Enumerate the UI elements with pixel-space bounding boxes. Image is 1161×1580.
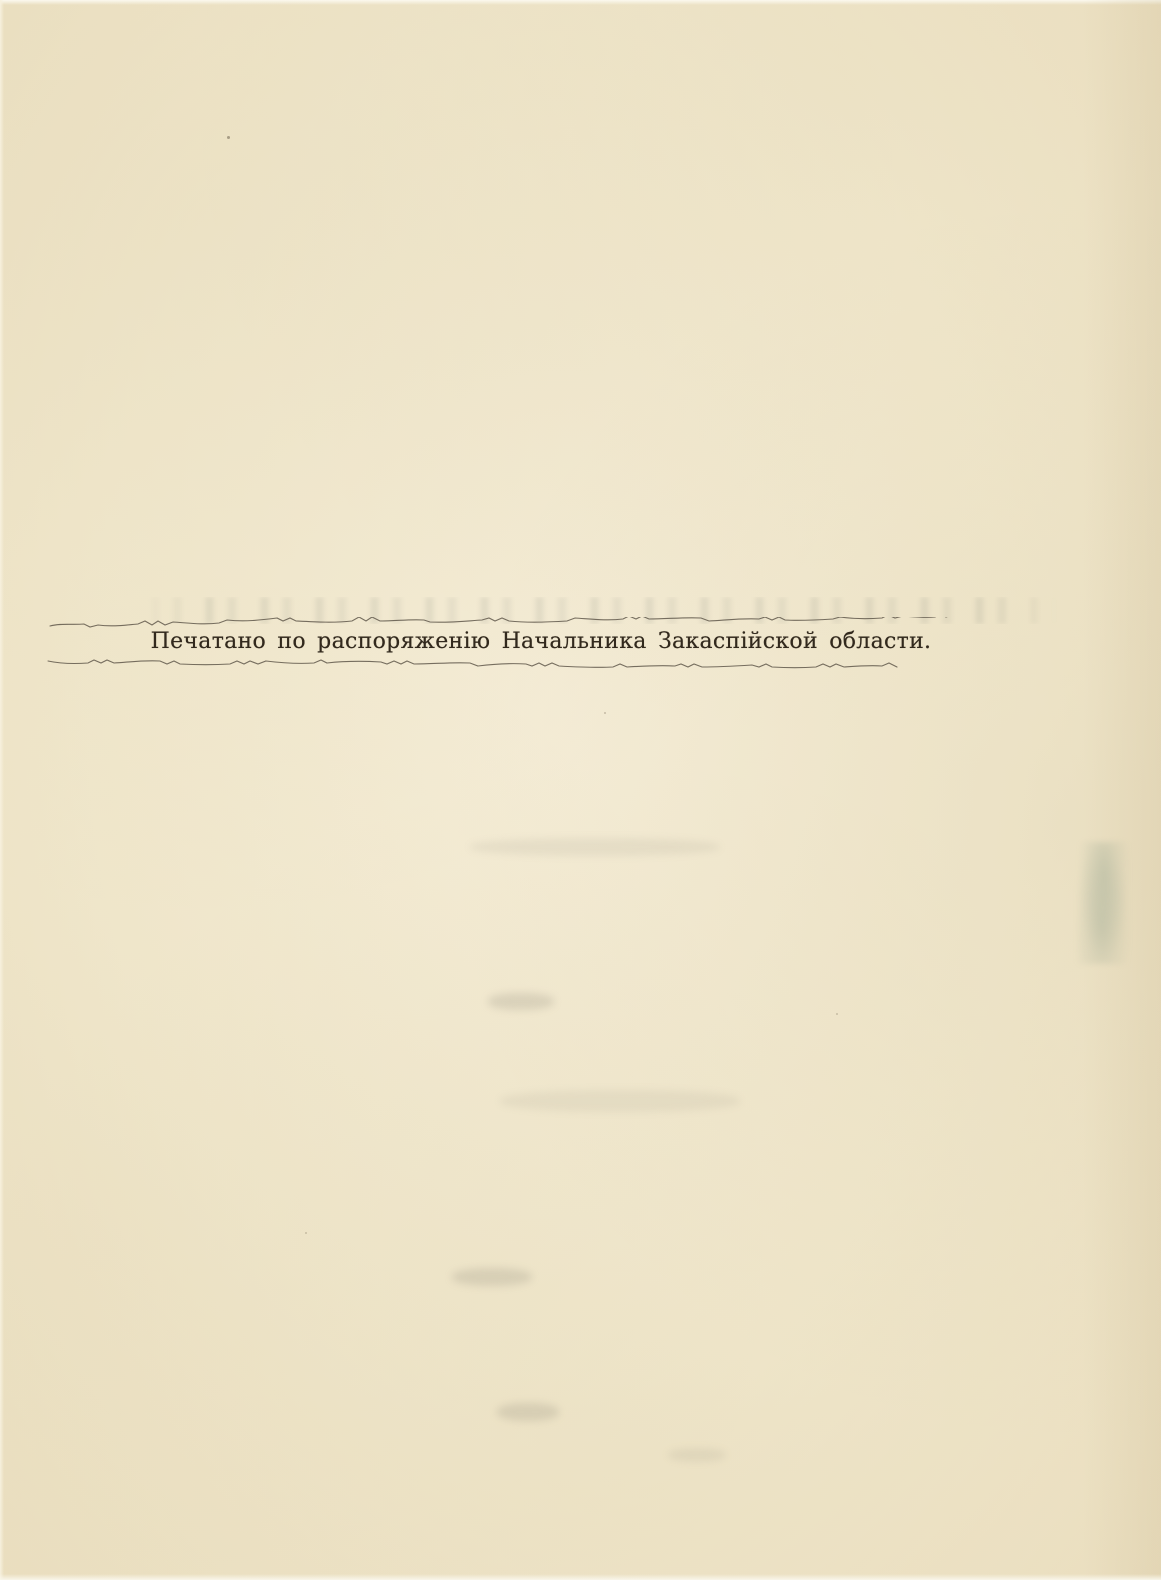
show-through-mark: [470, 838, 720, 856]
paper-speck: [836, 1013, 838, 1015]
paper-speck: [604, 712, 606, 714]
scan-edge-bottom: [0, 1574, 1161, 1580]
show-through-mark: [488, 993, 554, 1010]
paper-speck: [305, 1232, 307, 1234]
show-through-mark: [497, 1403, 559, 1421]
paper-speck: [227, 136, 230, 139]
wavy-rule-bottom: [46, 655, 1042, 669]
scanned-page: Печатано по распоряженію Начальника Зака…: [0, 0, 1161, 1580]
show-through-mark: [668, 1448, 726, 1462]
scan-edge-left: [0, 0, 4, 1580]
scan-edge-top: [0, 0, 1161, 5]
imprint-text: Печатано по распоряженію Начальника Зака…: [150, 628, 932, 655]
show-through-mark: [500, 1090, 740, 1112]
page-edge-shading: [1083, 0, 1161, 1580]
show-through-mark: [452, 1268, 532, 1286]
